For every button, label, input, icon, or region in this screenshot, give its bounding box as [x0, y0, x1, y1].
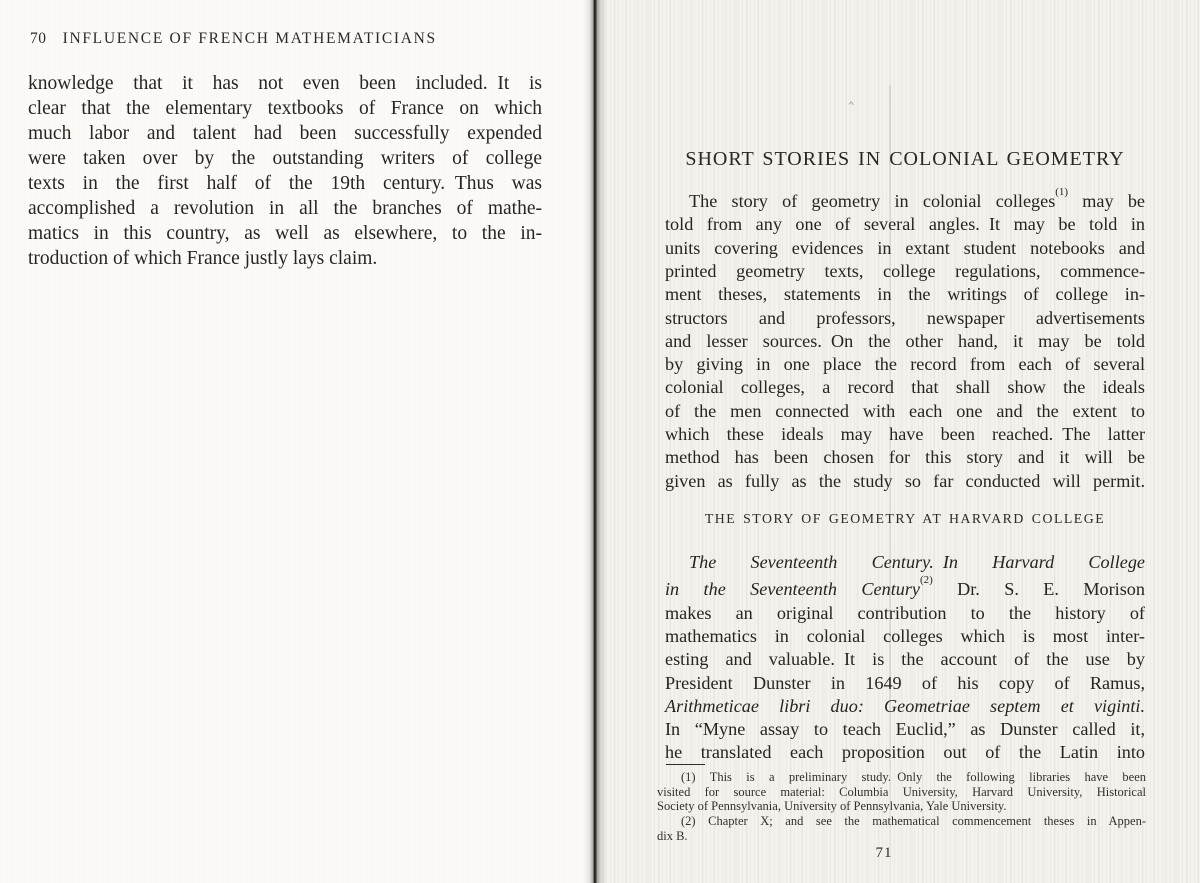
- left-page-header: 70 INFLUENCE OF FRENCH MATHEMATICIANS: [30, 30, 570, 48]
- text-line: ment theses, statements in the writings …: [665, 283, 1145, 306]
- text-line: knowledge that it has not even been incl…: [28, 71, 542, 96]
- text-line: The story of geometry in colonial colleg…: [665, 186, 1145, 213]
- paragraph-2: The Seventeenth Century. In Harvard Coll…: [665, 551, 1145, 765]
- text-line: Society of Pennsylvania, University of P…: [657, 799, 1146, 814]
- text-line: troduction of which France justly lays c…: [28, 246, 542, 271]
- left-page-number: 70: [30, 30, 57, 48]
- left-body-paragraph: knowledge that it has not even been incl…: [28, 71, 542, 271]
- chapter-title: SHORT STORIES IN COLONIAL GEOMETRY: [665, 148, 1145, 171]
- left-page: 70 INFLUENCE OF FRENCH MATHEMATICIANS kn…: [0, 0, 594, 883]
- text-line: much labor and talent had been successfu…: [28, 121, 542, 146]
- text-line: structors and professors, newspaper adve…: [665, 307, 1145, 330]
- text-line: In “Myne assay to teach Euclid,” as Duns…: [665, 718, 1145, 741]
- text-line: given as fully as the study so far condu…: [665, 470, 1145, 493]
- paragraph-1: The story of geometry in colonial colleg…: [665, 186, 1145, 493]
- page-crease: [889, 85, 891, 855]
- right-page-number: 71: [844, 845, 924, 862]
- text-line: told from any one of several angles. It …: [665, 213, 1145, 236]
- text-line: texts in the first half of the 19th cent…: [28, 171, 542, 196]
- text-line: units covering evidences in extant stude…: [665, 237, 1145, 260]
- text-line: in the Seventeenth Century(2) Dr. S. E. …: [665, 574, 1145, 601]
- text-line: The Seventeenth Century. In Harvard Coll…: [665, 551, 1145, 574]
- text-line: visited for source material: Columbia Un…: [657, 785, 1146, 800]
- text-line: President Dunster in 1649 of his copy of…: [665, 672, 1145, 695]
- book-gutter-shadow: [583, 0, 607, 883]
- text-line: mathematics in colonial colleges which i…: [665, 625, 1145, 648]
- footnote-1: (1) This is a preliminary study. Only th…: [657, 770, 1146, 814]
- text-line: makes an original contribution to the hi…: [665, 602, 1145, 625]
- text-line: and lesser sources. On the other hand, i…: [665, 330, 1145, 353]
- section-heading: THE STORY OF GEOMETRY AT HARVARD COLLEGE: [635, 511, 1175, 527]
- running-head: INFLUENCE OF FRENCH MATHEMATICIANS: [63, 30, 437, 47]
- text-line: esting and valuable. It is the account o…: [665, 648, 1145, 671]
- text-line: method has been chosen for this story an…: [665, 446, 1145, 469]
- text-line: Arithmeticae libri duo: Geometriae septe…: [665, 695, 1145, 718]
- text-line: printed geometry texts, college regulati…: [665, 260, 1145, 283]
- text-line: colonial colleges, a record that shall s…: [665, 376, 1145, 399]
- book-scan: { "document": { "colors": { "paper_left"…: [0, 0, 1200, 883]
- scan-artifact-mark: ˆ: [845, 100, 856, 121]
- text-line: he translated each proposition out of th…: [665, 741, 1145, 764]
- text-line: of the men connected with each one and t…: [665, 400, 1145, 423]
- footnote-rule: [666, 764, 705, 765]
- text-line: (2) Chapter X; and see the mathematical …: [657, 814, 1146, 829]
- text-line: were taken over by the outstanding write…: [28, 146, 542, 171]
- text-line: which these ideals may have been reached…: [665, 423, 1145, 446]
- right-page: ˆ SHORT STORIES IN COLONIAL GEOMETRY The…: [594, 0, 1200, 883]
- text-line: dix B.: [657, 829, 1146, 844]
- text-line: by giving in one place the record from e…: [665, 353, 1145, 376]
- text-line: clear that the elementary textbooks of F…: [28, 96, 542, 121]
- text-line: (1) This is a preliminary study. Only th…: [657, 770, 1146, 785]
- text-line: matics in this country, as well as elsew…: [28, 221, 542, 246]
- text-line: accomplished a revolution in all the bra…: [28, 196, 542, 221]
- footnote-2: (2) Chapter X; and see the mathematical …: [657, 814, 1146, 843]
- footnotes-block: (1) This is a preliminary study. Only th…: [657, 770, 1146, 844]
